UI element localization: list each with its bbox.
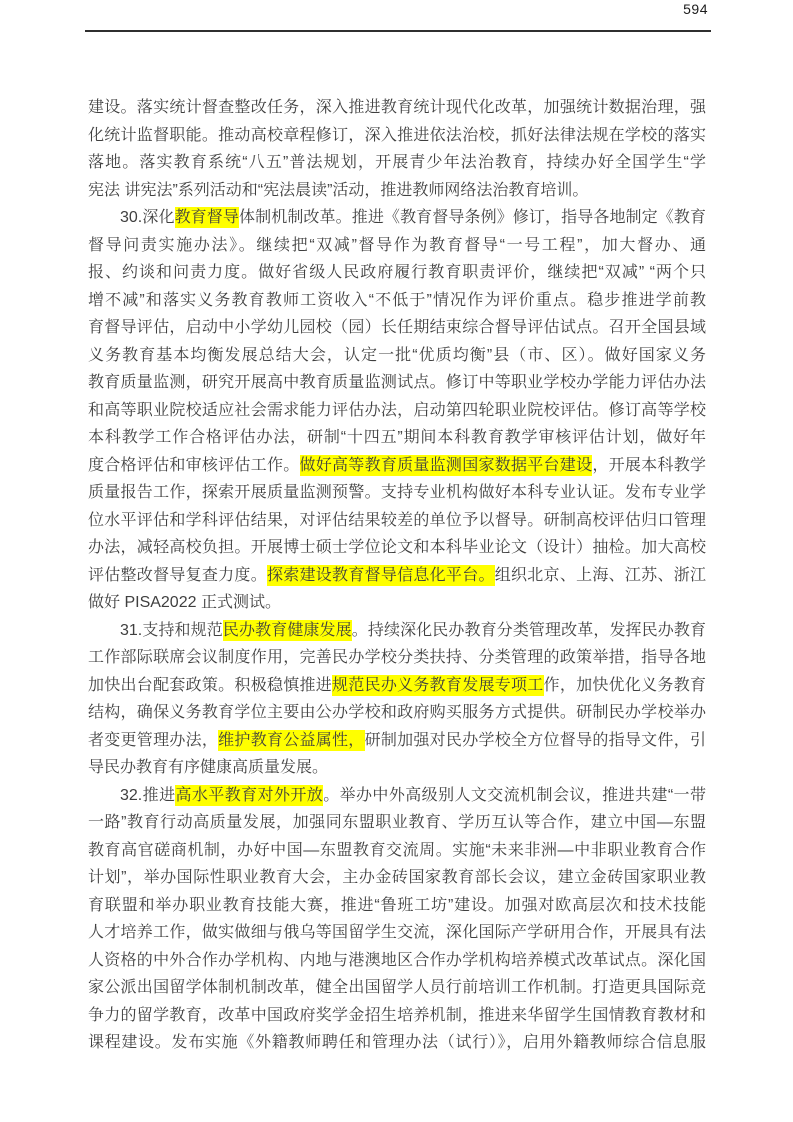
- text-line: 办法，减轻高校负担。开展博士硕士学位论文和本科毕业论文（设计）抽检。加大高校: [88, 534, 706, 562]
- text-run: 增不减”和落实义务教育教师工资收入“不低于”情况作为评价重点。稳步推进学前教: [88, 292, 706, 309]
- text-line: 家公派出国留学体制机制改革，健全出国留学人员行前培训工作机制。打造更具国际竞: [88, 974, 706, 1002]
- text-run: 导民办教育有序健康高质量发展。: [88, 759, 328, 776]
- document-body: 建设。落实统计督查整改任务，深入推进教育统计现代化改革，加强统计数据治理，强化统…: [88, 94, 706, 1057]
- text-run: 工作部际联席会议制度作用，完善民办学校分类扶持、分类管理的政策举措，指导各地: [88, 649, 706, 666]
- text-line: 者变更管理办法，维护教育公益属性，研制加强对民办学校全方位督导的指导文件，引: [88, 727, 706, 755]
- text-line: 计划”，举办国际性职业教育大会，主办金砖国家教育部长会议，建立金砖国家职业教: [88, 864, 706, 892]
- text-run: 者变更管理办法，: [88, 732, 218, 749]
- text-run: 育联盟和举办职业教育技能大赛，推进“鲁班工坊”建设。加强对欧高层次和技术技能: [88, 897, 706, 914]
- text-line: 教育高官磋商机制，办好中国—东盟教育交流周。实施“未来非洲—中非职业教育合作: [88, 837, 706, 865]
- text-line: 育督导评估，启动中小学幼儿园校（园）长任期结束综合督导评估试点。召开全国县域: [88, 314, 706, 342]
- text-line: 教育质量监测，研究开展高中教育质量监测试点。修订中等职业学校办学能力评估办法: [88, 369, 706, 397]
- text-run: 家公派出国留学体制机制改革，健全出国留学人员行前培训工作机制。打造更具国际竞: [88, 979, 706, 996]
- text-run: 本科教学工作合格评估办法，研制“十四五”期间本科教育教学审核评估计划，做好年: [88, 429, 706, 446]
- text-line: 本科教学工作合格评估办法，研制“十四五”期间本科教育教学审核评估计划，做好年: [88, 424, 706, 452]
- highlighted-text: 规范民办义务教育发展专项工: [332, 675, 544, 696]
- text-run: 研制加强对民办学校全方位督导的指导文件，引: [365, 732, 706, 749]
- highlighted-text: 维护教育公益属性，: [218, 730, 364, 751]
- text-line: 31.支持和规范民办教育健康发展。持续深化民办教育分类管理改革，发挥民办教育: [88, 617, 706, 645]
- text-run: 加快出台配套政策。积极稳慎推进: [88, 677, 332, 694]
- text-line: 和高等职业院校适应社会需求能力评估办法，启动第四轮职业院校评估。修订高等学校: [88, 397, 706, 425]
- text-run: 体制机制改革。推进《教育督导条例》修订，指导各地制定《教育: [239, 209, 706, 226]
- text-run: 度合格评估和审核评估工作。: [88, 457, 300, 474]
- text-line: 位水平评估和学科评估结果，对评估结果较差的单位予以督导。研制高校评估归口管理: [88, 507, 706, 535]
- text-run: 组织北京、上海、江苏、浙江: [495, 567, 706, 584]
- text-line: 一路”教育行动高质量发展，加强同东盟职业教育、学历互认等合作，建立中国—东盟: [88, 809, 706, 837]
- text-run: 。举办中外高级别人文交流机制会议，推进共建“一带: [323, 787, 706, 804]
- text-run: 31.支持和规范: [120, 622, 223, 639]
- text-line: 导民办教育有序健康高质量发展。: [88, 754, 706, 782]
- text-line: 30.深化教育督导体制机制改革。推进《教育督导条例》修订，指导各地制定《教育: [88, 204, 706, 232]
- text-run: 30.深化: [120, 209, 175, 226]
- text-line: 工作部际联席会议制度作用，完善民办学校分类扶持、分类管理的政策举措，指导各地: [88, 644, 706, 672]
- highlighted-text: 探索建设教育督导信息化平台。: [267, 565, 495, 586]
- text-line: 加快出台配套政策。积极稳慎推进规范民办义务教育发展专项工作，加快优化义务教育: [88, 672, 706, 700]
- text-run: 落地。落实教育系统“八五”普法规划，开展青少年法治教育，持续办好全国学生“学: [88, 154, 706, 171]
- highlighted-text: 做好高等教育质量监测国家数据平台建设: [300, 455, 593, 476]
- text-line: 质量报告工作，探索开展质量监测预警。支持专业机构做好本科专业认证。发布专业学: [88, 479, 706, 507]
- text-run: ，开展本科教学: [592, 457, 706, 474]
- text-line: 化统计监督职能。推动高校章程修订，深入推进依法治校，抓好法律法规在学校的落实: [88, 122, 706, 150]
- text-line: 育联盟和举办职业教育技能大赛，推进“鲁班工坊”建设。加强对欧高层次和技术技能: [88, 892, 706, 920]
- text-run: 建设。落实统计督查整改任务，深入推进教育统计现代化改革，加强统计数据治理，强: [88, 99, 706, 116]
- text-line: 度合格评估和审核评估工作。做好高等教育质量监测国家数据平台建设，开展本科教学: [88, 452, 706, 480]
- text-run: 课程建设。发布实施《外籍教师聘任和管理办法（试行）》，启用外籍教师综合信息服: [88, 1034, 706, 1051]
- document-page: 594 建设。落实统计督查整改任务，深入推进教育统计现代化改革，加强统计数据治理…: [0, 0, 793, 1122]
- text-run: 和高等职业院校适应社会需求能力评估办法，启动第四轮职业院校评估。修订高等学校: [88, 402, 706, 419]
- text-run: 。持续深化民办教育分类管理改革，发挥民办教育: [352, 622, 706, 639]
- text-run: 一路”教育行动高质量发展，加强同东盟职业教育、学历互认等合作，建立中国—东盟: [88, 814, 706, 831]
- text-line: 做好 PISA2022 正式测试。: [88, 589, 706, 617]
- text-line: 结构，确保义务教育学位主要由公办学校和政府购买服务方式提供。研制民办学校举办: [88, 699, 706, 727]
- text-run: 质量报告工作，探索开展质量监测预警。支持专业机构做好本科专业认证。发布专业学: [88, 484, 706, 501]
- text-line: 人资格的中外合作办学机构、内地与港澳地区合作办学机构培养模式改革试点。深化国: [88, 947, 706, 975]
- text-run: 计划”，举办国际性职业教育大会，主办金砖国家教育部长会议，建立金砖国家职业教: [88, 869, 706, 886]
- text-run: 做好 PISA2022 正式测试。: [88, 594, 281, 611]
- text-run: 作，加快优化义务教育: [544, 677, 706, 694]
- highlighted-text: 民办教育健康发展: [223, 620, 352, 641]
- header-divider: [85, 30, 711, 32]
- text-run: 32.推进: [120, 787, 175, 804]
- text-run: 争力的留学教育，改革中国政府奖学金招生培养机制，推进来华留学生国情教育教材和: [88, 1007, 706, 1024]
- text-run: 位水平评估和学科评估结果，对评估结果较差的单位予以督导。研制高校评估归口管理: [88, 512, 706, 529]
- text-run: 报、约谈和问责力度。做好省级人民政府履行教育职责评价，继续把“双减” “两个只: [88, 264, 706, 281]
- page-number: 594: [683, 1, 708, 17]
- text-run: 教育质量监测，研究开展高中教育质量监测试点。修订中等职业学校办学能力评估办法: [88, 374, 706, 391]
- text-line: 课程建设。发布实施《外籍教师聘任和管理办法（试行）》，启用外籍教师综合信息服: [88, 1029, 706, 1057]
- text-line: 人才培养工作，做实做细与俄乌等国留学生交流，深化国际产学研用合作，开展具有法: [88, 919, 706, 947]
- text-line: 宪法 讲宪法”系列活动和“宪法晨读”活动，推进教师网络法治教育培训。: [88, 177, 706, 205]
- text-line: 争力的留学教育，改革中国政府奖学金招生培养机制，推进来华留学生国情教育教材和: [88, 1002, 706, 1030]
- text-run: 化统计监督职能。推动高校章程修订，深入推进依法治校，抓好法律法规在学校的落实: [88, 127, 706, 144]
- highlighted-text: 教育督导: [175, 207, 239, 228]
- text-run: 办法，减轻高校负担。开展博士硕士学位论文和本科毕业论文（设计）抽检。加大高校: [88, 539, 706, 556]
- text-line: 落地。落实教育系统“八五”普法规划，开展青少年法治教育，持续办好全国学生“学: [88, 149, 706, 177]
- text-run: 督导问责实施办法》。继续把“双减”督导作为教育督导“一号工程”，加大督办、通: [88, 237, 706, 254]
- text-run: 评估整改督导复查力度。: [88, 567, 267, 584]
- text-run: 教育高官磋商机制，办好中国—东盟教育交流周。实施“未来非洲—中非职业教育合作: [88, 842, 706, 859]
- text-line: 32.推进高水平教育对外开放。举办中外高级别人文交流机制会议，推进共建“一带: [88, 782, 706, 810]
- text-run: 结构，确保义务教育学位主要由公办学校和政府购买服务方式提供。研制民办学校举办: [88, 704, 706, 721]
- text-run: 义务教育基本均衡发展总结大会，认定一批“优质均衡”县（市、区）。做好国家义务: [88, 347, 706, 364]
- text-line: 评估整改督导复查力度。探索建设教育督导信息化平台。组织北京、上海、江苏、浙江: [88, 562, 706, 590]
- text-line: 督导问责实施办法》。继续把“双减”督导作为教育督导“一号工程”，加大督办、通: [88, 232, 706, 260]
- highlighted-text: 高水平教育对外开放: [175, 785, 323, 806]
- text-run: 育督导评估，启动中小学幼儿园校（园）长任期结束综合督导评估试点。召开全国县域: [88, 319, 706, 336]
- text-line: 增不减”和落实义务教育教师工资收入“不低于”情况作为评价重点。稳步推进学前教: [88, 287, 706, 315]
- text-run: 人才培养工作，做实做细与俄乌等国留学生交流，深化国际产学研用合作，开展具有法: [88, 924, 706, 941]
- text-line: 建设。落实统计督查整改任务，深入推进教育统计现代化改革，加强统计数据治理，强: [88, 94, 706, 122]
- text-run: 宪法 讲宪法”系列活动和“宪法晨读”活动，推进教师网络法治教育培训。: [88, 182, 588, 199]
- text-line: 义务教育基本均衡发展总结大会，认定一批“优质均衡”县（市、区）。做好国家义务: [88, 342, 706, 370]
- text-line: 报、约谈和问责力度。做好省级人民政府履行教育职责评价，继续把“双减” “两个只: [88, 259, 706, 287]
- text-run: 人资格的中外合作办学机构、内地与港澳地区合作办学机构培养模式改革试点。深化国: [88, 952, 706, 969]
